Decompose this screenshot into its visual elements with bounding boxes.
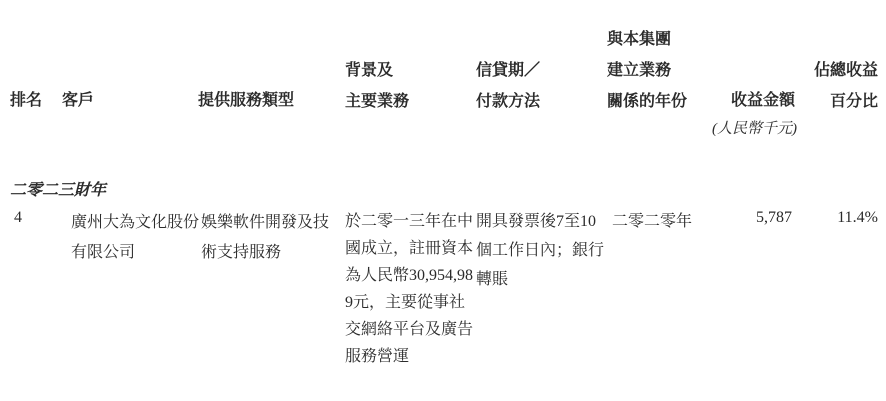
column-header-percent-line2: 百分比	[814, 86, 878, 117]
column-header-credit-line2: 付款方法	[476, 86, 540, 117]
column-header-credit-line1: 信貸期／	[476, 55, 540, 86]
cell-customer-name: 廣州大為文化股份有限公司	[71, 208, 200, 268]
column-header-rank: 排名	[10, 85, 42, 116]
cell-relationship-year: 二零二零年	[612, 208, 692, 231]
column-header-customer: 客戶	[62, 85, 94, 116]
column-header-year-line3: 關係的年份	[607, 86, 687, 117]
cell-service-type: 娛樂軟件開發及技術支持服務	[201, 208, 333, 268]
column-header-revenue: 收益金額	[731, 85, 795, 116]
section-header-fiscal-year: 二零二三財年	[10, 177, 106, 200]
cell-rank: 4	[14, 209, 22, 227]
column-header-background-line1: 背景及	[345, 55, 409, 86]
column-header-background: 背景及 主要業務	[345, 55, 409, 117]
column-header-year-line1: 與本集團	[607, 24, 687, 55]
column-header-relationship-year: 與本集團 建立業務 關係的年份	[607, 24, 687, 117]
column-header-percent: 佔總收益 百分比	[814, 55, 878, 117]
cell-background-business: 於二零一三年在中國成立，註冊資本為人民幣30,954,989元，主要從事社交網絡…	[345, 208, 473, 370]
column-header-year-line2: 建立業務	[607, 55, 687, 86]
column-header-revenue-unit-note: (人民幣千元)	[712, 117, 797, 138]
cell-credit-period-payment: 開具發票後7至10個工作日內；銀行轉賬	[476, 207, 611, 294]
cell-revenue-percent: 11.4%	[837, 209, 878, 227]
column-header-service-type: 提供服務類型	[198, 85, 294, 116]
column-header-background-line2: 主要業務	[345, 86, 409, 117]
report-page: 排名 客戶 提供服務類型 背景及 主要業務 信貸期／ 付款方法 與本集團 建立業…	[0, 0, 886, 401]
cell-revenue-amount: 5,787	[756, 209, 792, 227]
column-header-percent-line1: 佔總收益	[814, 55, 878, 86]
column-header-credit-period: 信貸期／ 付款方法	[476, 55, 540, 117]
